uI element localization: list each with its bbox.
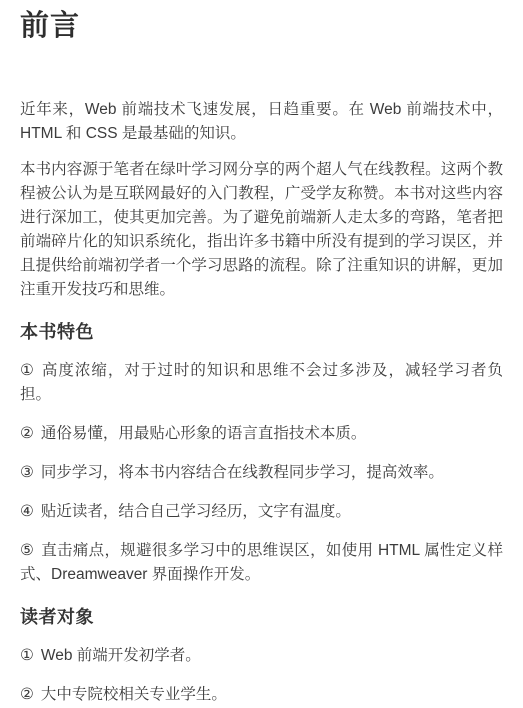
circled-number: ⑤ — [20, 542, 34, 559]
circled-number: ② — [20, 686, 34, 703]
feature-item-text: 通俗易懂，用最贴心形象的语言直指技术本质。 — [41, 425, 367, 442]
feature-item-4: ④贴近读者，结合自己学习经历，文字有温度。 — [20, 500, 503, 524]
reader-item-text: Web 前端开发初学者。 — [41, 647, 201, 664]
page-title: 前言 — [20, 6, 503, 46]
reader-item-1: ①Web 前端开发初学者。 — [20, 644, 503, 668]
reader-item-text: 大中专院校相关专业学生。 — [41, 686, 227, 703]
intro-paragraph-1: 近年来，Web 前端技术飞速发展，日趋重要。在 Web 前端技术中，HTML 和… — [20, 98, 503, 146]
reader-item-2: ②大中专院校相关专业学生。 — [20, 683, 503, 707]
circled-number: ① — [20, 647, 34, 664]
feature-item-text: 贴近读者，结合自己学习经历，文字有温度。 — [41, 503, 351, 520]
feature-item-text: 高度浓缩，对于过时的知识和思维不会过多涉及，减轻学习者负担。 — [20, 362, 503, 403]
preface-page: 前言 近年来，Web 前端技术飞速发展，日趋重要。在 Web 前端技术中，HTM… — [0, 0, 523, 708]
circled-number: ④ — [20, 503, 34, 520]
circled-number: ③ — [20, 464, 34, 481]
features-section-heading: 本书特色 — [20, 320, 503, 344]
feature-item-5: ⑤直击痛点，规避很多学习中的思维误区，如使用 HTML 属性定义样式、Dream… — [20, 539, 503, 587]
page-content: 前言 近年来，Web 前端技术飞速发展，日趋重要。在 Web 前端技术中，HTM… — [0, 0, 523, 707]
feature-item-text: 直击痛点，规避很多学习中的思维误区，如使用 HTML 属性定义样式、Dreamw… — [20, 542, 503, 583]
intro-paragraph-2: 本书内容源于笔者在绿叶学习网分享的两个超人气在线教程。这两个教程被公认为是互联网… — [20, 158, 503, 302]
circled-number: ① — [20, 362, 35, 379]
feature-item-1: ①高度浓缩，对于过时的知识和思维不会过多涉及，减轻学习者负担。 — [20, 359, 503, 407]
readers-section-heading: 读者对象 — [20, 605, 503, 629]
feature-item-text: 同步学习，将本书内容结合在线教程同步学习，提高效率。 — [41, 464, 444, 481]
circled-number: ② — [20, 425, 34, 442]
feature-item-3: ③同步学习，将本书内容结合在线教程同步学习，提高效率。 — [20, 461, 503, 485]
feature-item-2: ②通俗易懂，用最贴心形象的语言直指技术本质。 — [20, 422, 503, 446]
